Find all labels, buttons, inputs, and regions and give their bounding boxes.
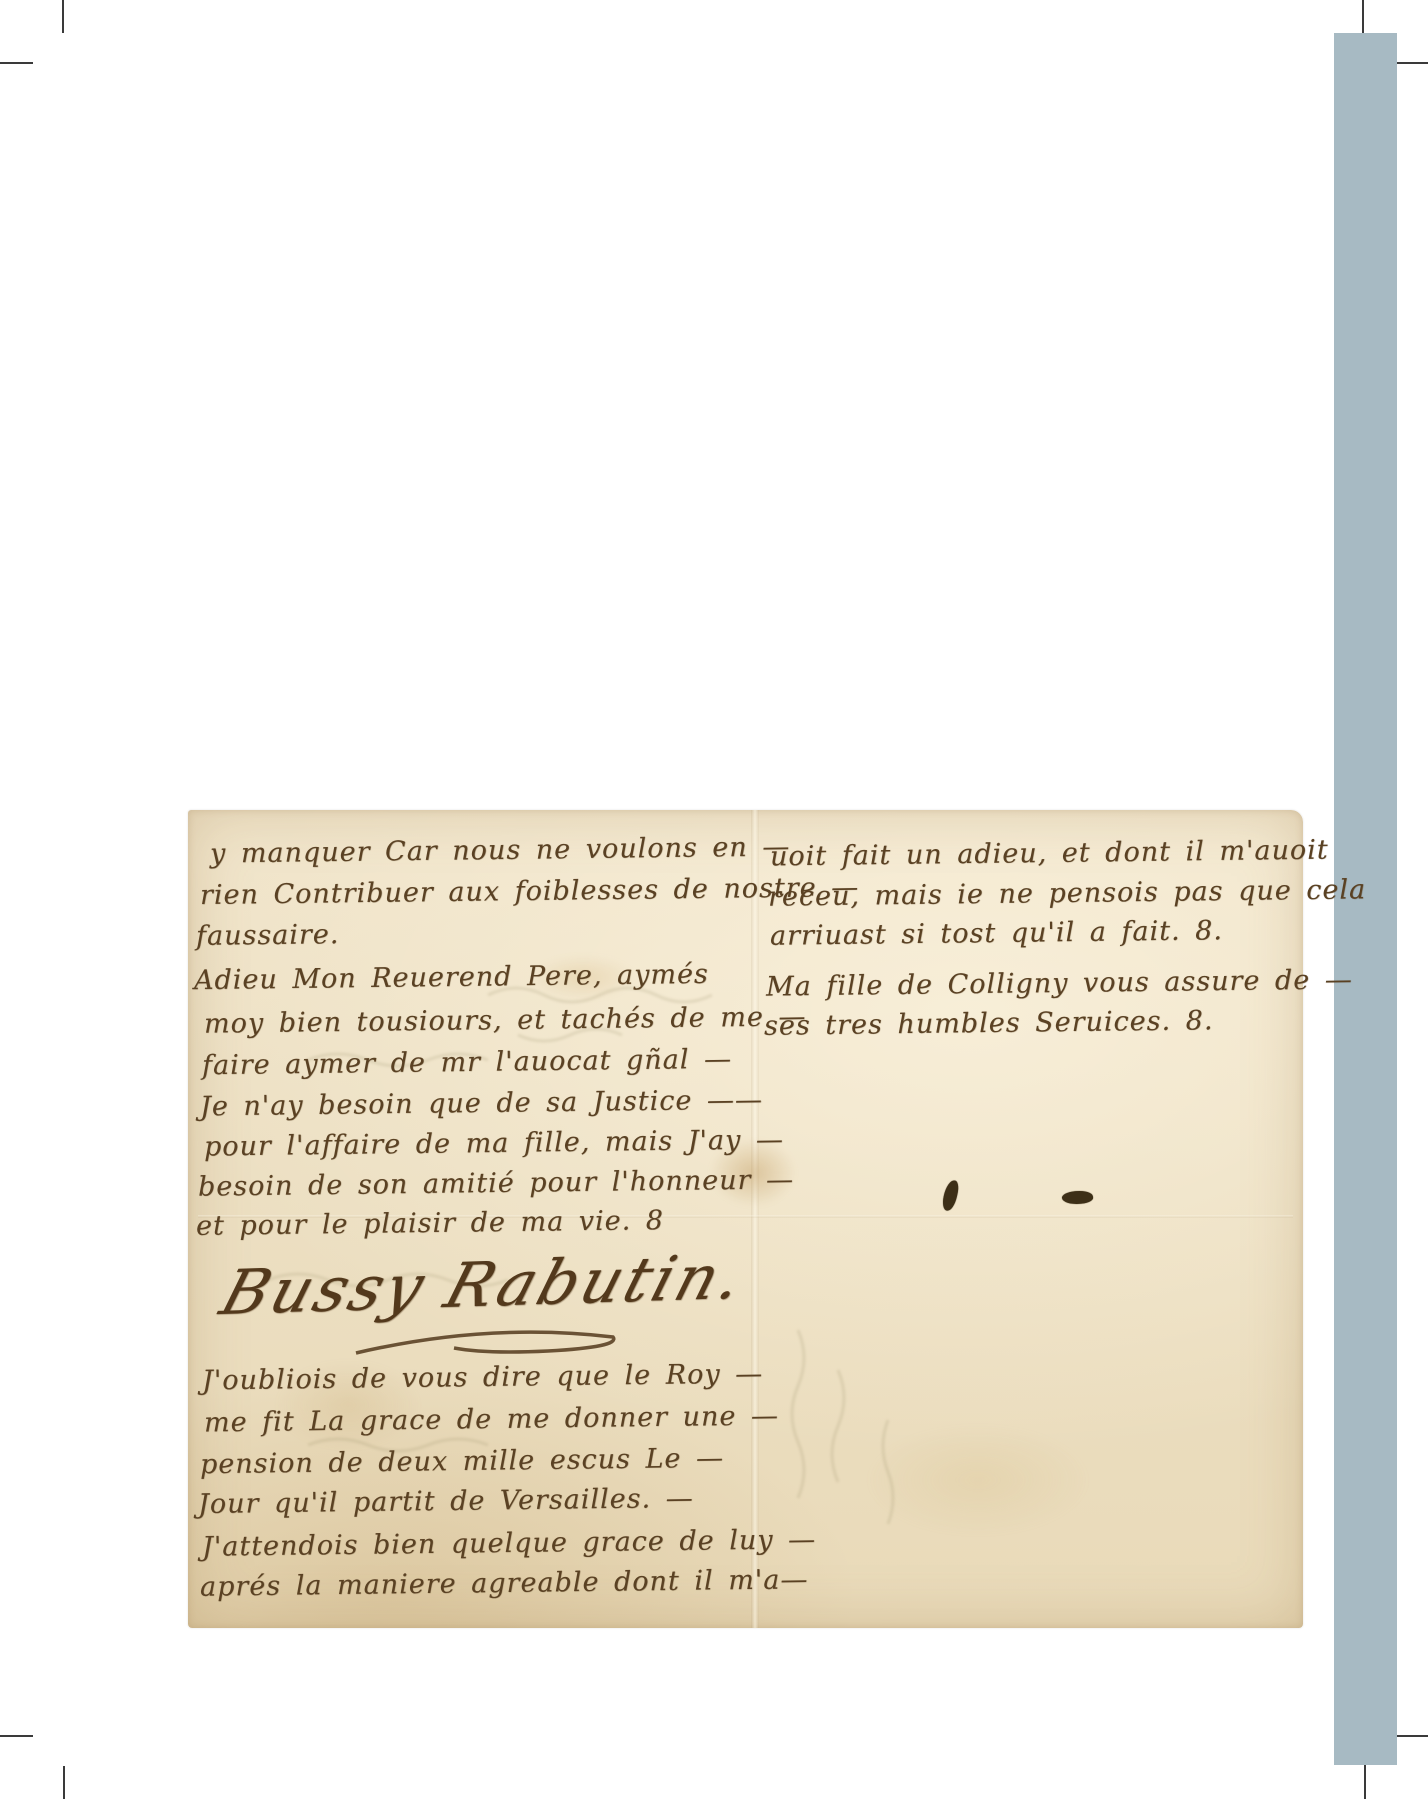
crop-mark-bottom-right-horizontal [1396, 1735, 1428, 1737]
catalog-page: y manquer Car nous ne voulons en — rien … [0, 0, 1428, 1799]
crop-mark-bottom-left-horizontal [0, 1735, 33, 1737]
crop-mark-top-right-horizontal [1396, 62, 1428, 64]
manuscript-photo: y manquer Car nous ne voulons en — rien … [188, 810, 1303, 1628]
crop-mark-top-right-vertical [1362, 0, 1364, 33]
crop-mark-top-left-horizontal [0, 62, 33, 64]
crop-mark-bottom-right-vertical [1364, 1764, 1366, 1799]
handwritten-line: Jour qu'il partit de Versailles. — [198, 1483, 694, 1520]
handwritten-line: pension de deux mille escus Le — [200, 1443, 724, 1480]
crop-mark-bottom-left-vertical [63, 1766, 65, 1799]
handwritten-line: arriuast si tost qu'il a fait. 8. [770, 915, 1223, 952]
handwritten-line: ses tres humbles Seruices. 8. [764, 1005, 1214, 1041]
crop-mark-top-left-vertical [62, 0, 64, 33]
